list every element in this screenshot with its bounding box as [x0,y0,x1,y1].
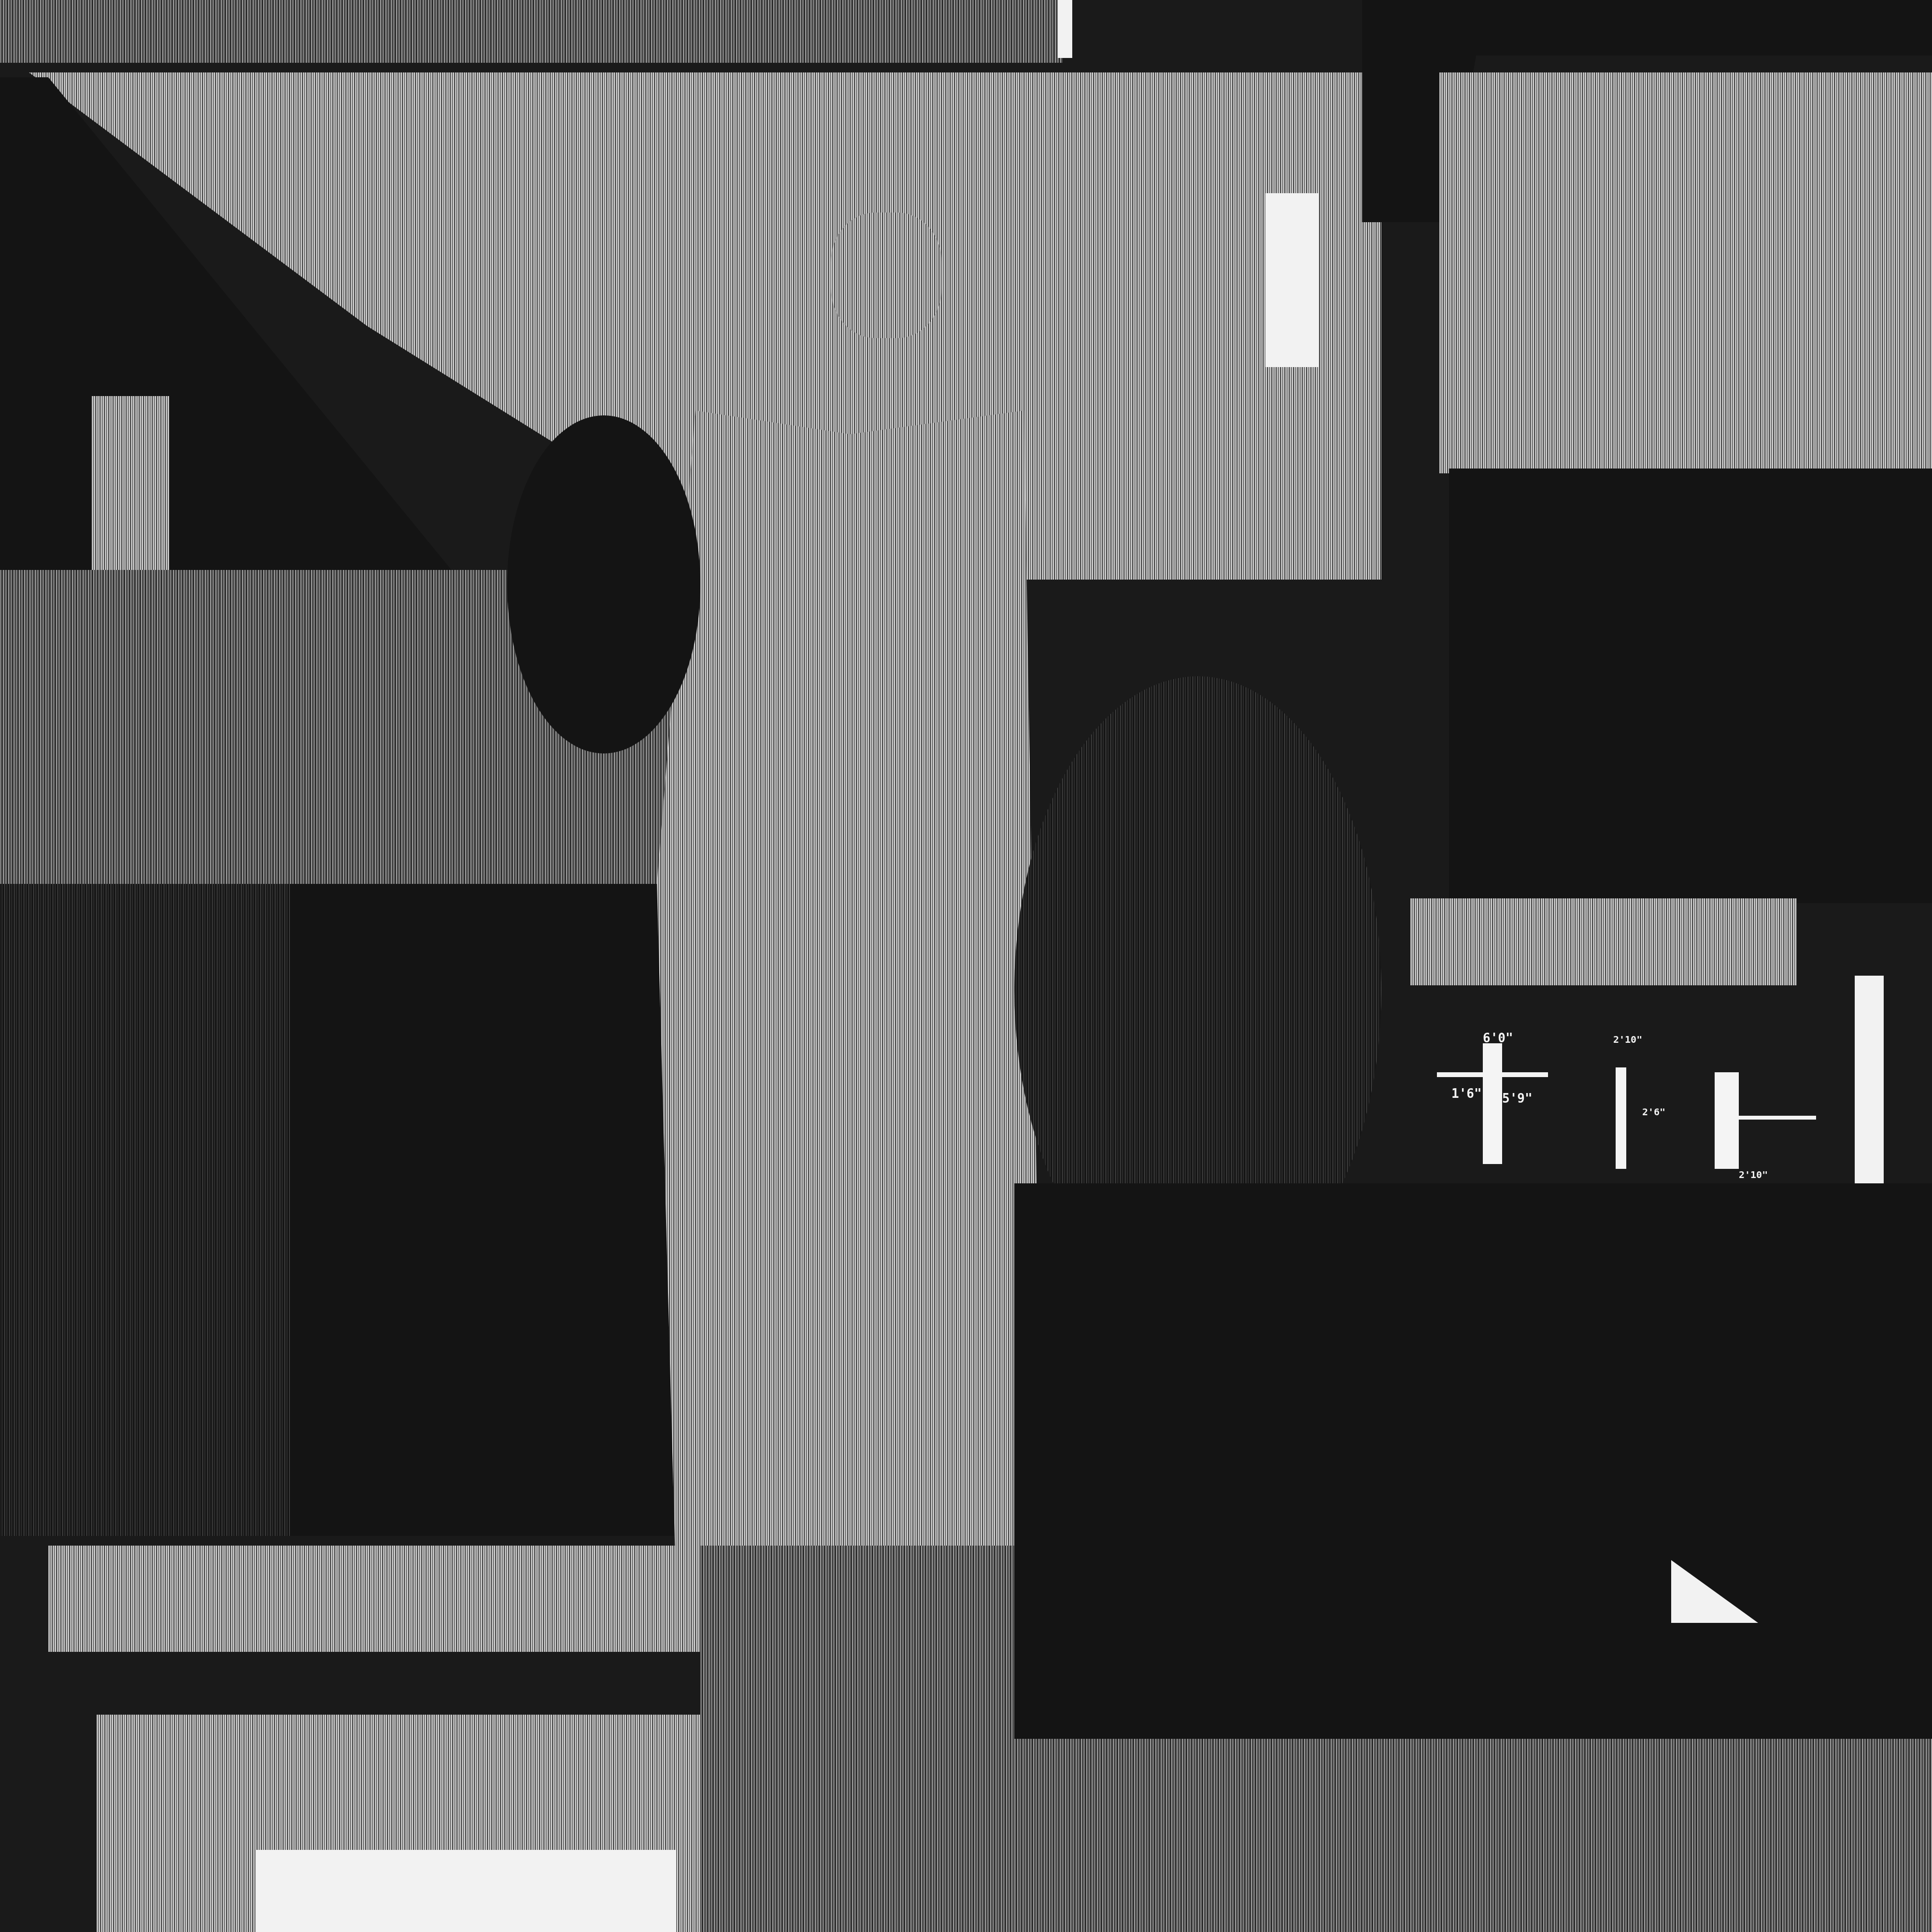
ground-texture [1014,1739,1932,1932]
desk [1739,1116,1816,1120]
robed-figure [657,411,1043,1594]
left-texture [0,884,290,1536]
center-column [700,1546,1014,1932]
left-pillar [92,396,169,589]
label-side-reach: 2'6" [1642,1106,1665,1118]
anthropometric-diagram: 6'0" 1'6" 5'9" 2'10" 2'6" 2'10" [1430,1024,1845,1183]
window-white [1265,193,1319,367]
figure-shadow [507,415,700,753]
label-side-top: 2'10" [1613,1034,1642,1045]
standing-figure-side [1616,1067,1626,1169]
skull-head [831,213,942,338]
top-white-strip [1058,0,1072,58]
collage-artwork: 6'0" 1'6" 5'9" 2'10" 2'6" 2'10" [0,0,1932,1932]
right-black-panel [1449,469,1932,903]
top-right-sky [1439,72,1932,473]
label-seated-base: 2'10" [1739,1169,1768,1180]
front-arms [1437,1072,1548,1077]
standing-figure-front [1483,1043,1502,1164]
label-front-span: 6'0" [1483,1031,1513,1046]
label-front-reach: 1'6" [1451,1087,1482,1101]
bottom-white-sheet [256,1850,676,1932]
bottom-left-band [48,1546,724,1652]
top-banner [0,0,1063,63]
right-strip [1410,898,1797,985]
label-front-shoulder: 5'9" [1502,1092,1533,1106]
seated-figure [1715,1072,1739,1169]
